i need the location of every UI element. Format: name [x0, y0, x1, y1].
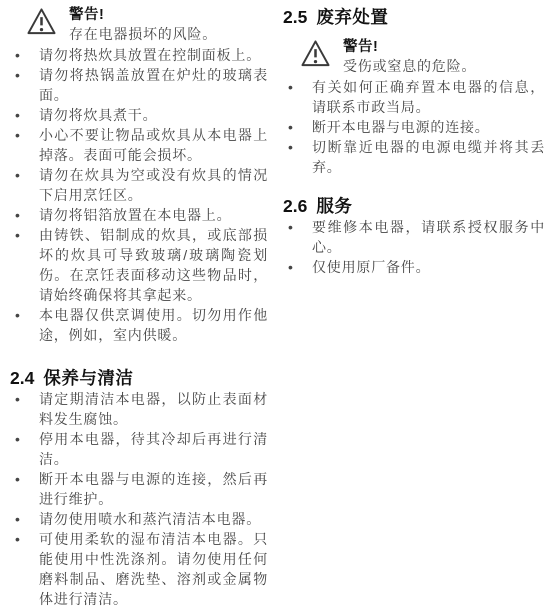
warning-note-damage: 警告! 存在电器损坏的风险。 — [10, 6, 268, 45]
list-item: 停用本电器，待其冷却后再进行清洁。 — [10, 429, 268, 469]
service-bullet-list: 要维修本电器，请联系授权服务中心。 仅使用原厂备件。 — [283, 217, 545, 277]
warning-triangle-icon — [26, 7, 57, 41]
list-item: 要维修本电器，请联系授权服务中心。 — [283, 217, 545, 257]
section-number: 2.5 — [283, 7, 307, 27]
section-title: 服务 — [316, 196, 352, 216]
warning-body: 警告! 存在电器损坏的风险。 — [69, 6, 217, 45]
list-item: 请勿将热炊具放置在控制面板上。 — [10, 45, 268, 65]
list-item: 请勿将炊具煮干。 — [10, 105, 268, 125]
list-item: 请勿将热锅盖放置在炉灶的玻璃表面。 — [10, 65, 268, 105]
section-title: 废弃处置 — [316, 7, 388, 27]
damage-risk-bullet-list: 请勿将热炊具放置在控制面板上。 请勿将热锅盖放置在炉灶的玻璃表面。 请勿将炊具煮… — [10, 45, 268, 345]
warning-text: 存在电器损坏的风险。 — [69, 24, 217, 45]
care-bullet-list: 请定期清洁本电器，以防止表面材料发生腐蚀。 停用本电器，待其冷却后再进行清洁。 … — [10, 389, 268, 609]
section-heading-care: 2.4保养与清洁 — [10, 367, 268, 389]
list-item: 切断靠近电器的电源电缆并将其丢弃。 — [283, 137, 545, 177]
warning-title: 警告! — [69, 6, 217, 24]
section-title: 保养与清洁 — [43, 368, 133, 388]
manual-page: 警告! 存在电器损坏的风险。 请勿将热炊具放置在控制面板上。 请勿将热锅盖放置在… — [0, 0, 551, 611]
list-item: 请勿在炊具为空或没有炊具的情况下启用烹饪区。 — [10, 165, 268, 205]
warning-note-disposal: 警告! 受伤或窒息的危险。 — [283, 38, 545, 77]
list-item: 仅使用原厂备件。 — [283, 257, 545, 277]
section-number: 2.4 — [10, 368, 34, 388]
list-item: 可使用柔软的湿布清洁本电器。只能使用中性洗涤剂。请勿使用任何磨料制品、磨洗垫、溶… — [10, 529, 268, 609]
warning-triangle-icon — [300, 39, 331, 73]
list-item: 请勿使用喷水和蒸汽清洁本电器。 — [10, 509, 268, 529]
warning-text: 受伤或窒息的危险。 — [343, 56, 476, 77]
list-item: 请勿将铝箔放置在本电器上。 — [10, 205, 268, 225]
list-item: 有关如何正确弃置本电器的信息，请联系市政当局。 — [283, 77, 545, 117]
disposal-bullet-list: 有关如何正确弃置本电器的信息，请联系市政当局。 断开本电器与电源的连接。 切断靠… — [283, 77, 545, 177]
list-item: 请定期清洁本电器，以防止表面材料发生腐蚀。 — [10, 389, 268, 429]
list-item: 断开本电器与电源的连接。 — [283, 117, 545, 137]
list-item: 断开本电器与电源的连接，然后再进行维护。 — [10, 469, 268, 509]
list-item: 小心不要让物品或炊具从本电器上掉落。表面可能会损坏。 — [10, 125, 268, 165]
warning-body: 警告! 受伤或窒息的危险。 — [343, 38, 476, 77]
left-column: 警告! 存在电器损坏的风险。 请勿将热炊具放置在控制面板上。 请勿将热锅盖放置在… — [10, 0, 268, 609]
section-number: 2.6 — [283, 196, 307, 216]
warning-title: 警告! — [343, 38, 476, 56]
section-heading-disposal: 2.5废弃处置 — [283, 6, 545, 28]
section-heading-service: 2.6服务 — [283, 195, 545, 217]
list-item: 由铸铁、铝制成的炊具，或底部损坏的炊具可导致玻璃/玻璃陶瓷划伤。在烹饪表面移动这… — [10, 225, 268, 305]
right-column: 2.5废弃处置 警告! 受伤或窒息的危险。 有关如何正确弃置本电器的信息，请联系… — [283, 0, 545, 277]
list-item: 本电器仅供烹调使用。切勿用作他途，例如，室内供暖。 — [10, 305, 268, 345]
